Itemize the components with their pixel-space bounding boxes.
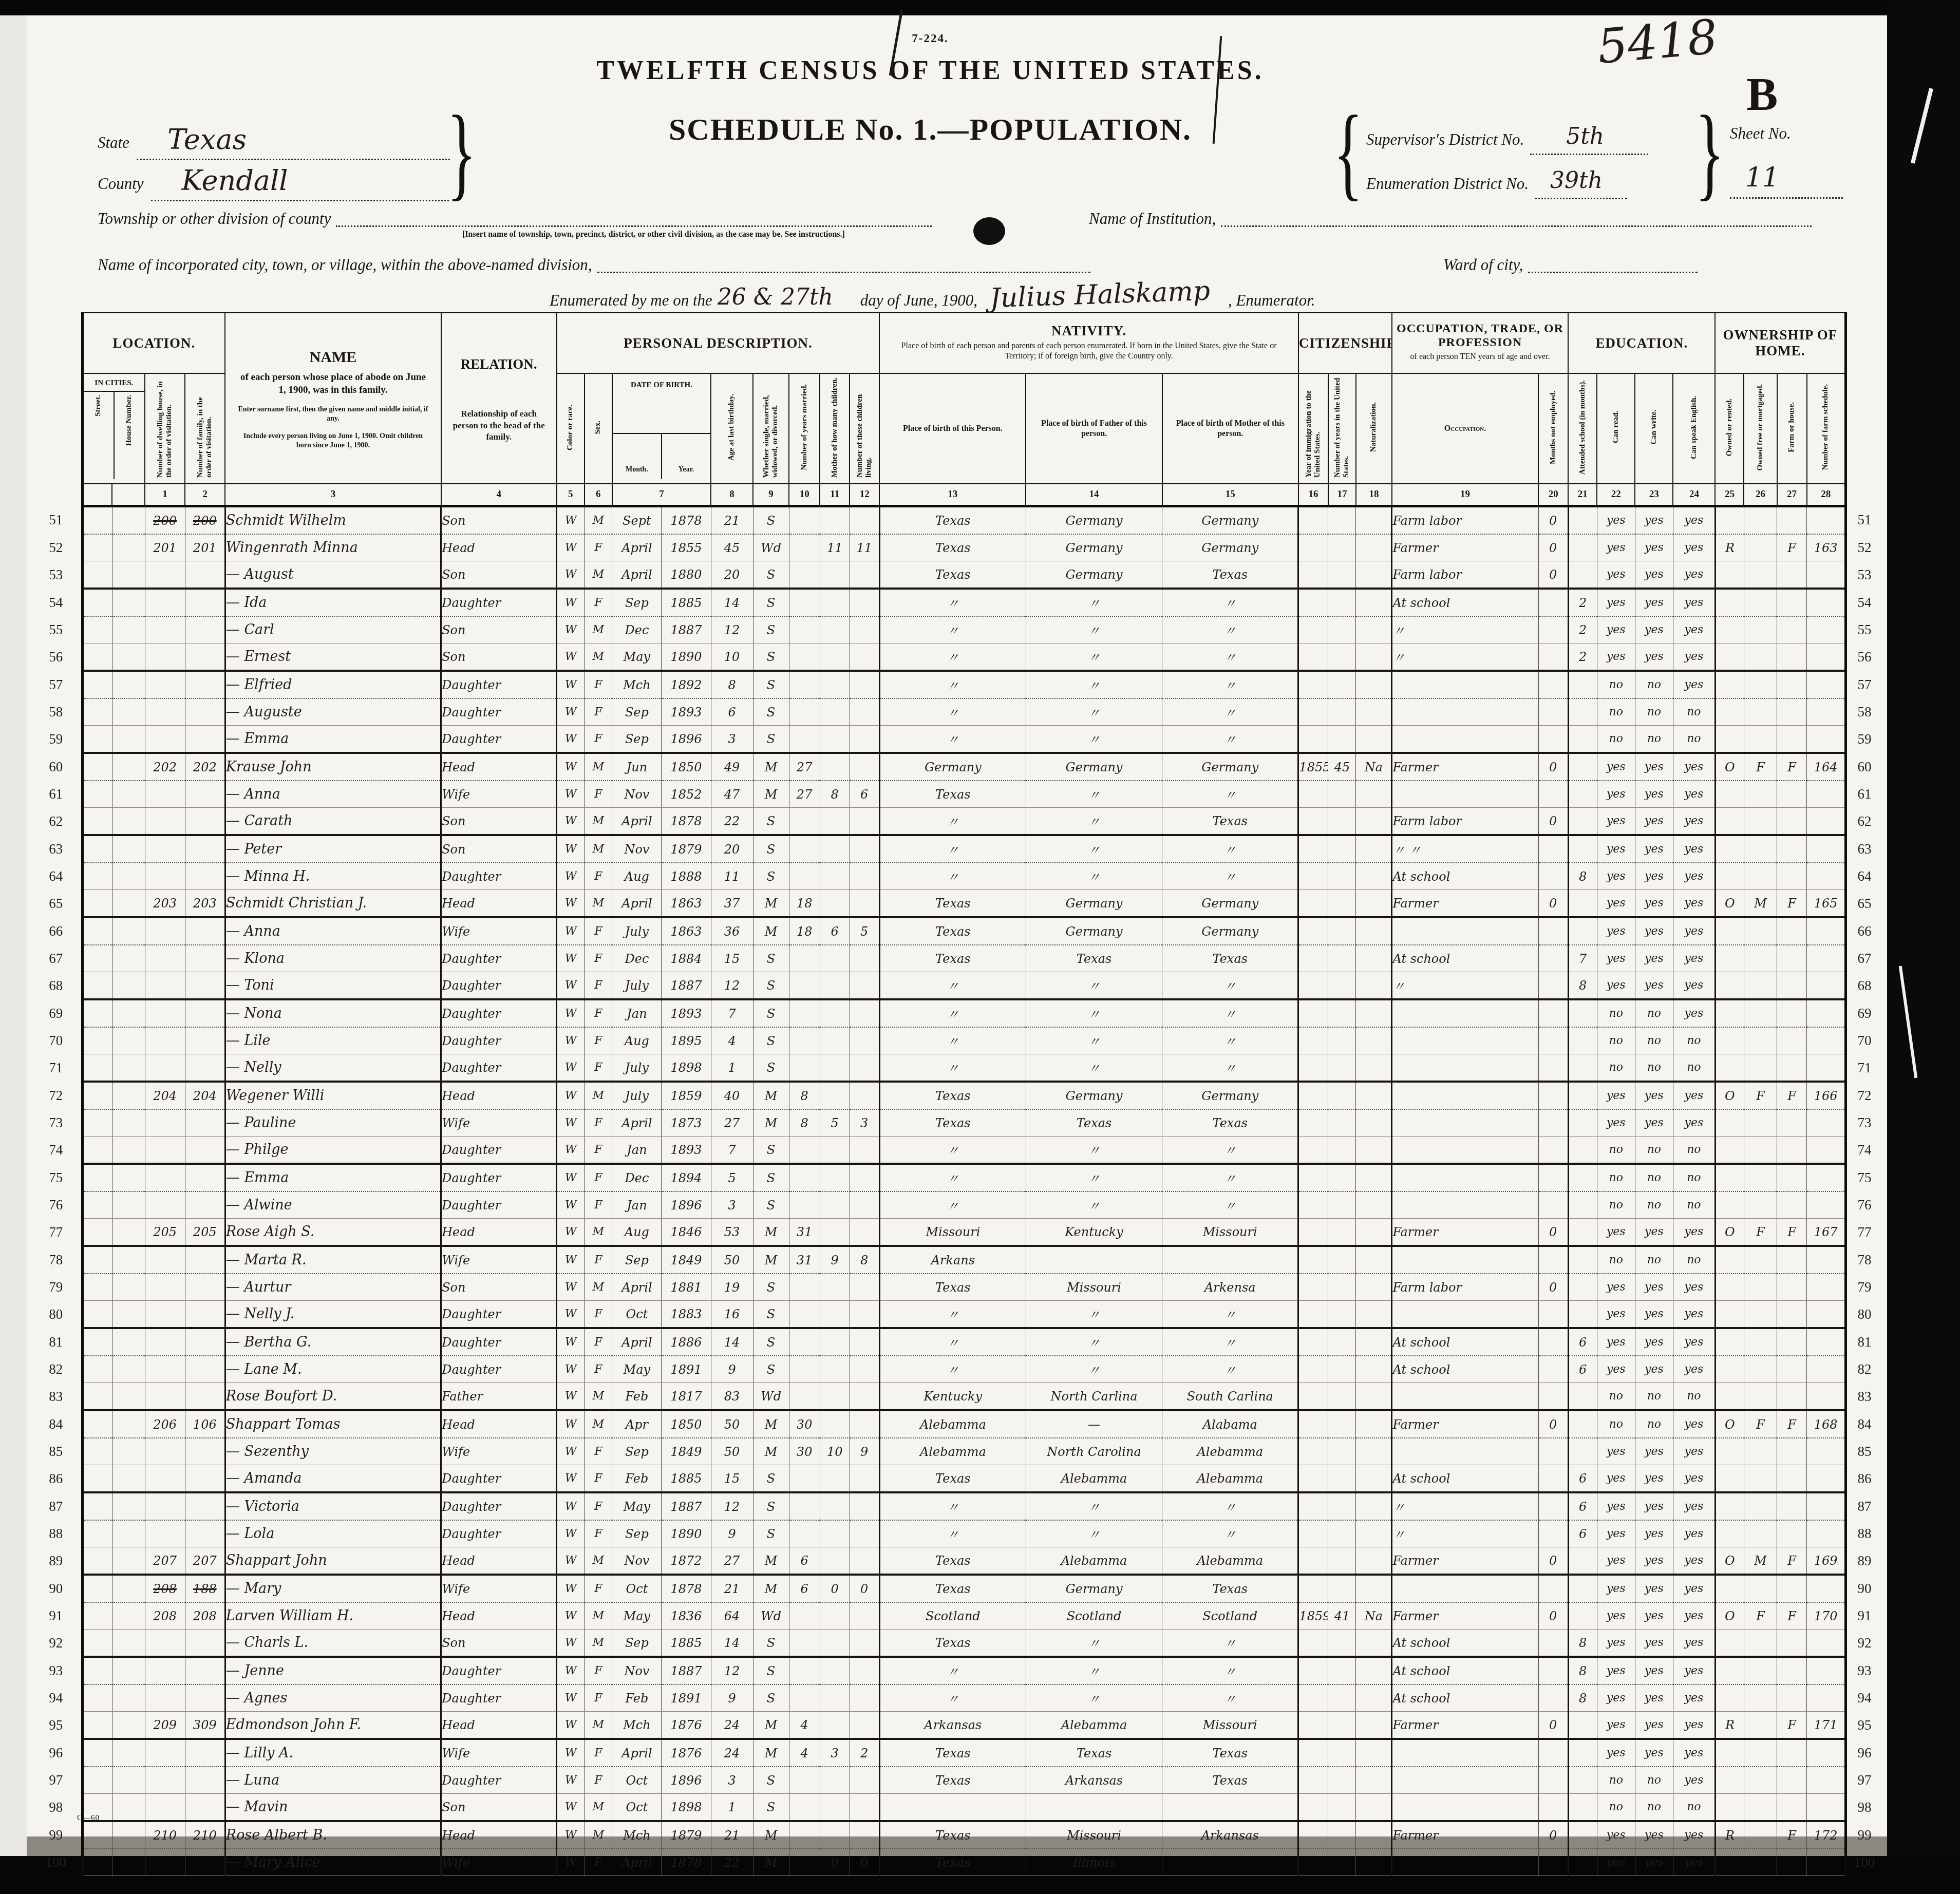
cell-age: 7 [711,1137,753,1164]
cell-fm [1744,561,1777,589]
cell-wr: yes [1635,1520,1673,1547]
cell-rd: no [1597,698,1635,726]
cell-rnum: 79 [1846,1274,1882,1301]
cell-rnum: 51 [1846,506,1882,535]
cell-rd: yes [1597,863,1635,890]
cell-imm [1298,1739,1328,1767]
cell-street [82,1356,112,1383]
cell-mch [820,1767,850,1794]
cell-color: W [557,1137,585,1164]
cell-imm [1298,671,1328,698]
cell-pob: Texas [879,506,1026,535]
cell-occ: 〃 [1392,972,1538,1000]
cell-fh [1777,972,1807,1000]
cell-own [1715,1246,1744,1274]
cell-byr: 1879 [662,835,711,863]
cell-chl [850,1821,879,1849]
cell-house [112,917,145,945]
cell-fh [1777,781,1807,808]
cell-street [82,589,112,616]
cell-chl [850,616,879,643]
cell-fm [1744,835,1777,863]
cell-name: — Mary Alice [225,1849,441,1876]
cell-name: Rose Boufort D. [225,1383,441,1411]
cell-sch [1568,1739,1597,1767]
cell-street [82,1027,112,1054]
cell-lnum: 56 [31,643,82,671]
cell-rel: Wife [441,1438,557,1465]
cell-en: yes [1673,1109,1715,1137]
cell-sex: F [585,1356,612,1383]
cell-rel: Head [441,1410,557,1438]
col-group-location: LOCATION. [82,313,225,373]
cell-ym [789,1492,820,1520]
cell-yus [1328,1027,1356,1054]
county-value: Kendall [182,164,288,197]
table-header: LOCATION. NAME of each person whose plac… [31,313,1882,506]
cell-color: W [557,1356,585,1383]
cell-pob: Texas [879,945,1026,972]
cell-rd: no [1597,1767,1635,1794]
cell-sex: F [585,1301,612,1329]
cell-mch [820,1492,850,1520]
cell-byr: 1850 [662,753,711,781]
cell-chl [850,726,879,753]
cell-own [1715,1684,1744,1712]
cell-bmo: April [612,1739,662,1767]
cell-en: yes [1673,1630,1715,1657]
cell-street [82,1712,112,1739]
sheet-field: Sheet No. 11 [1730,124,1843,175]
cell-chl [850,561,879,589]
cell-mar: S [753,945,789,972]
cell-en: no [1673,1383,1715,1411]
cell-color: W [557,1383,585,1411]
township-field: Township or other division of county [98,210,932,228]
cell-pob: 〃 [879,616,1026,643]
cell-pm: 〃 [1162,698,1298,726]
cell-own: O [1715,1410,1744,1438]
cell-sch [1568,561,1597,589]
cell-fm [1744,1684,1777,1712]
cell-fm [1744,1575,1777,1602]
cell-rnum: 98 [1846,1794,1882,1822]
cell-imm [1298,589,1328,616]
cell-rd: yes [1597,1821,1635,1849]
cell-color: W [557,999,585,1027]
cell-wr: yes [1635,1657,1673,1684]
cell-name: — Pauline [225,1109,441,1137]
cell-rnum: 69 [1846,999,1882,1027]
cell-mar: S [753,1794,789,1822]
cell-bmo: Feb [612,1383,662,1411]
cell-house [112,1492,145,1520]
cell-dw [145,698,185,726]
census-title: TWELFTH CENSUS OF THE UNITED STATES. [0,55,1860,86]
cell-street [82,1520,112,1547]
cell-fh: F [1777,534,1807,561]
cell-pob: 〃 [879,972,1026,1000]
col-group-nativity: NATIVITY. Place of birth of each person … [879,313,1298,373]
cell-color: W [557,753,585,781]
cell-nat [1356,1547,1392,1575]
cell-lnum: 68 [31,972,82,1000]
table-row: 91208208Larven William H.HeadWMMay183664… [31,1602,1882,1630]
cell-pf: 〃 [1026,698,1162,726]
cell-yus [1328,698,1356,726]
cell-sch [1568,1383,1597,1411]
cell-sch [1568,1301,1597,1329]
cell-fh [1777,1630,1807,1657]
cell-fam: 203 [185,890,225,918]
cell-occ [1392,1109,1538,1137]
cell-rnum: 63 [1846,835,1882,863]
cell-pm: Texas [1162,1739,1298,1767]
cell-pob: Texas [879,1465,1026,1493]
cell-bmo: April [612,890,662,918]
cell-byr: 1893 [662,1137,711,1164]
cell-fh [1777,1109,1807,1137]
cell-name: — Carath [225,808,441,836]
cell-pob: 〃 [879,1054,1026,1082]
cell-lnum: 63 [31,835,82,863]
cell-mne [1538,671,1568,698]
cell-pob: Texas [879,561,1026,589]
cell-sch [1568,1575,1597,1602]
table-row: 82— Lane M.DaughterWFMay18919S〃〃〃At scho… [31,1356,1882,1383]
cell-rel: Wife [441,1849,557,1876]
cell-occ: Farmer [1392,890,1538,918]
cell-color: W [557,1219,585,1246]
cell-dw: 210 [145,1821,185,1849]
cell-fh [1777,698,1807,726]
cell-pm: Alabama [1162,1410,1298,1438]
cell-lnum: 60 [31,753,82,781]
cell-rd: yes [1597,1520,1635,1547]
cell-mch [820,945,850,972]
cell-mne: 0 [1538,561,1568,589]
cell-sex: F [585,999,612,1027]
table-row: 57— ElfriedDaughterWFMch18928S〃〃〃nonoyes… [31,671,1882,698]
cell-rd: yes [1597,1356,1635,1383]
cell-fsch: 166 [1807,1082,1846,1109]
cell-mar: S [753,1274,789,1301]
cell-fam: 207 [185,1547,225,1575]
cell-fsch: 167 [1807,1219,1846,1246]
nativity-desc: Place of birth of each person and parent… [880,339,1298,364]
cell-byr: 1876 [662,1712,711,1739]
cell-pob: 〃 [879,1027,1026,1054]
colnum-blank [82,484,112,506]
cell-house [112,506,145,535]
cell-nat [1356,1410,1392,1438]
cell-fsch [1807,1438,1846,1465]
cell-occ [1392,1301,1538,1329]
cell-age: 9 [711,1520,753,1547]
cell-nat: Na [1356,753,1392,781]
cell-mch [820,1164,850,1191]
table-row: 74— PhilgeDaughterWFJan18937S〃〃〃nonono74 [31,1137,1882,1164]
cell-imm [1298,1684,1328,1712]
cell-nat [1356,945,1392,972]
cell-dw: 205 [145,1219,185,1246]
cell-mch [820,753,850,781]
cell-color: W [557,1274,585,1301]
cell-street [82,1849,112,1876]
cell-fsch [1807,1767,1846,1794]
cell-pob: 〃 [879,589,1026,616]
cell-mar: M [753,1547,789,1575]
cell-byr: 1888 [662,863,711,890]
cell-wr: yes [1635,1602,1673,1630]
cell-bmo: Aug [612,1219,662,1246]
cell-house [112,1575,145,1602]
enumerated-middle: day of June, 1900, [860,291,977,309]
cell-age: 27 [711,1547,753,1575]
table-row: 61— AnnaWifeWFNov185247M2786Texas〃〃yesye… [31,781,1882,808]
cell-dw [145,1191,185,1219]
cell-name: Rose Aigh S. [225,1219,441,1246]
cell-imm [1298,1219,1328,1246]
col-header-year: Year. [661,434,710,479]
cell-rel: Son [441,1794,557,1822]
cell-rel: Son [441,506,557,535]
cell-rnum: 92 [1846,1630,1882,1657]
cell-mch [820,1520,850,1547]
cell-sch [1568,890,1597,918]
cell-occ: At school [1392,945,1538,972]
cell-mne: 0 [1538,1821,1568,1849]
cell-en: yes [1673,1465,1715,1493]
cell-ym: 4 [789,1712,820,1739]
cell-fh [1777,1739,1807,1767]
cell-nat [1356,1301,1392,1329]
cell-sch [1568,726,1597,753]
table-row: 51200200Schmidt WilhelmSonWMSept187821ST… [31,506,1882,535]
cell-rnum: 75 [1846,1164,1882,1191]
cell-nat [1356,1849,1392,1876]
cell-pf: 〃 [1026,589,1162,616]
cell-street [82,1328,112,1356]
cell-house [112,945,145,972]
cell-wr: no [1635,1767,1673,1794]
cell-chl: 11 [850,534,879,561]
table-row: 55— CarlSonWMDec188712S〃〃〃〃2yesyesyes55 [31,616,1882,643]
supervisor-district-field: Supervisor's District No. 5th [1366,124,1648,152]
cell-nat [1356,1821,1392,1849]
cell-wr: no [1635,1137,1673,1164]
table-row: 88— LolaDaughterWFSep18909S〃〃〃〃6yesyesye… [31,1520,1882,1547]
brace: } [1695,92,1725,213]
cell-sch: 8 [1568,1630,1597,1657]
cell-own [1715,1520,1744,1547]
cell-ym [789,1027,820,1054]
form-footnote: C—60 [77,1814,100,1823]
cell-mch: 5 [820,1109,850,1137]
cell-age: 14 [711,589,753,616]
cell-rel: Daughter [441,972,557,1000]
cell-fh: F [1777,1547,1807,1575]
cell-pob: Texas [879,534,1026,561]
cell-yus [1328,561,1356,589]
cell-age: 10 [711,643,753,671]
cell-mar: S [753,1630,789,1657]
cell-sch [1568,1712,1597,1739]
cell-yus [1328,1191,1356,1219]
cell-occ: At school [1392,1684,1538,1712]
cell-dw: 200 [145,506,185,535]
cell-fam: 204 [185,1082,225,1109]
cell-pob: 〃 [879,643,1026,671]
cell-dw [145,863,185,890]
cell-name: Shappart Tomas [225,1410,441,1438]
cell-name: Krause John [225,753,441,781]
cell-byr: 1891 [662,1684,711,1712]
cell-yus [1328,1082,1356,1109]
cell-name: — Ernest [225,643,441,671]
cell-rd: yes [1597,1219,1635,1246]
cell-ym [789,1301,820,1329]
col-header-can-speak: Can speak English. [1673,373,1715,484]
cell-ym: 31 [789,1246,820,1274]
cell-street [82,1547,112,1575]
cell-pf: 〃 [1026,616,1162,643]
cell-rnum: 58 [1846,698,1882,726]
cell-fm [1744,671,1777,698]
cell-en: yes [1673,781,1715,808]
cell-nat [1356,1383,1392,1411]
cell-fam [185,1191,225,1219]
cell-mch: 11 [820,534,850,561]
cell-chl [850,999,879,1027]
cell-house [112,1712,145,1739]
cell-pf: 〃 [1026,1328,1162,1356]
cell-own [1715,808,1744,836]
sheet-value: 11 [1745,162,1779,193]
cell-mch [820,1465,850,1493]
cell-fm [1744,1520,1777,1547]
cell-byr: 1896 [662,1767,711,1794]
cell-rel: Head [441,1082,557,1109]
cell-imm [1298,1465,1328,1493]
cell-lnum: 95 [31,1712,82,1739]
cell-mar: S [753,835,789,863]
cell-age: 3 [711,1767,753,1794]
cell-byr: 1885 [662,589,711,616]
cell-dw [145,1465,185,1493]
cell-fh [1777,561,1807,589]
cell-rnum: 71 [1846,1054,1882,1082]
scan-right-border [1887,0,1960,1894]
cell-pob: Alebamma [879,1438,1026,1465]
cell-sex: F [585,1438,612,1465]
cell-bmo: Nov [612,835,662,863]
cell-house [112,808,145,836]
cell-ym: 18 [789,890,820,918]
cell-rd: yes [1597,1465,1635,1493]
cell-pm: 〃 [1162,1520,1298,1547]
cell-fsch [1807,917,1846,945]
cell-en: yes [1673,1410,1715,1438]
brace: } [447,92,477,213]
cell-yus [1328,781,1356,808]
cell-pf: Germany [1026,753,1162,781]
cell-fh [1777,999,1807,1027]
col-header-house-number: House Number. [125,395,134,446]
cell-sch: 6 [1568,1328,1597,1356]
cell-en: yes [1673,1274,1715,1301]
cell-house [112,698,145,726]
cell-mne [1538,1191,1568,1219]
col-header-attended-school: Attended school (in months). [1568,373,1597,484]
cell-ym: 6 [789,1575,820,1602]
cell-imm [1298,1274,1328,1301]
cell-house [112,726,145,753]
cell-pm: 〃 [1162,1684,1298,1712]
cell-fam [185,1739,225,1767]
cell-dw: 204 [145,1082,185,1109]
cell-wr: no [1635,1410,1673,1438]
cell-mar: M [753,781,789,808]
cell-sex: F [585,1520,612,1547]
cell-own [1715,1109,1744,1137]
cell-name: — Emma [225,1164,441,1191]
cell-imm [1298,506,1328,535]
cell-fm [1744,1383,1777,1411]
cell-fh [1777,1575,1807,1602]
cell-pf: 〃 [1026,1301,1162,1329]
cell-sch [1568,1219,1597,1246]
cell-dw [145,1356,185,1383]
cell-color: W [557,1630,585,1657]
cell-sex: F [585,1137,612,1164]
cell-mne [1538,945,1568,972]
cell-mar: S [753,1191,789,1219]
cell-lnum: 90 [31,1575,82,1602]
cell-pm: Scotland [1162,1602,1298,1630]
cell-en: no [1673,698,1715,726]
state-label: State [98,134,129,151]
cell-ym [789,698,820,726]
cell-fh [1777,1356,1807,1383]
cell-wr: yes [1635,753,1673,781]
cell-rel: Daughter [441,589,557,616]
table-row: 67— KlonaDaughterWFDec188415STexasTexasT… [31,945,1882,972]
cell-imm [1298,808,1328,836]
cell-lnum: 59 [31,726,82,753]
cell-name: Schmidt Wilhelm [225,506,441,535]
cell-bmo: Feb [612,1465,662,1493]
cell-street [82,863,112,890]
cell-fm [1744,1492,1777,1520]
cell-chl [850,972,879,1000]
cell-occ: At school [1392,863,1538,890]
cell-fh [1777,863,1807,890]
cell-occ: Farm labor [1392,506,1538,535]
cell-fsch [1807,1849,1846,1876]
cell-age: 5 [711,1164,753,1191]
cell-pm: 〃 [1162,1492,1298,1520]
cell-mne [1538,1383,1568,1411]
cell-fm [1744,945,1777,972]
cell-bmo: Oct [612,1794,662,1822]
cell-pob [879,1794,1026,1822]
cell-byr: 1855 [662,534,711,561]
cell-lnum: 69 [31,999,82,1027]
cell-own: O [1715,753,1744,781]
cell-bmo: Apr [612,1410,662,1438]
cell-fsch [1807,1575,1846,1602]
